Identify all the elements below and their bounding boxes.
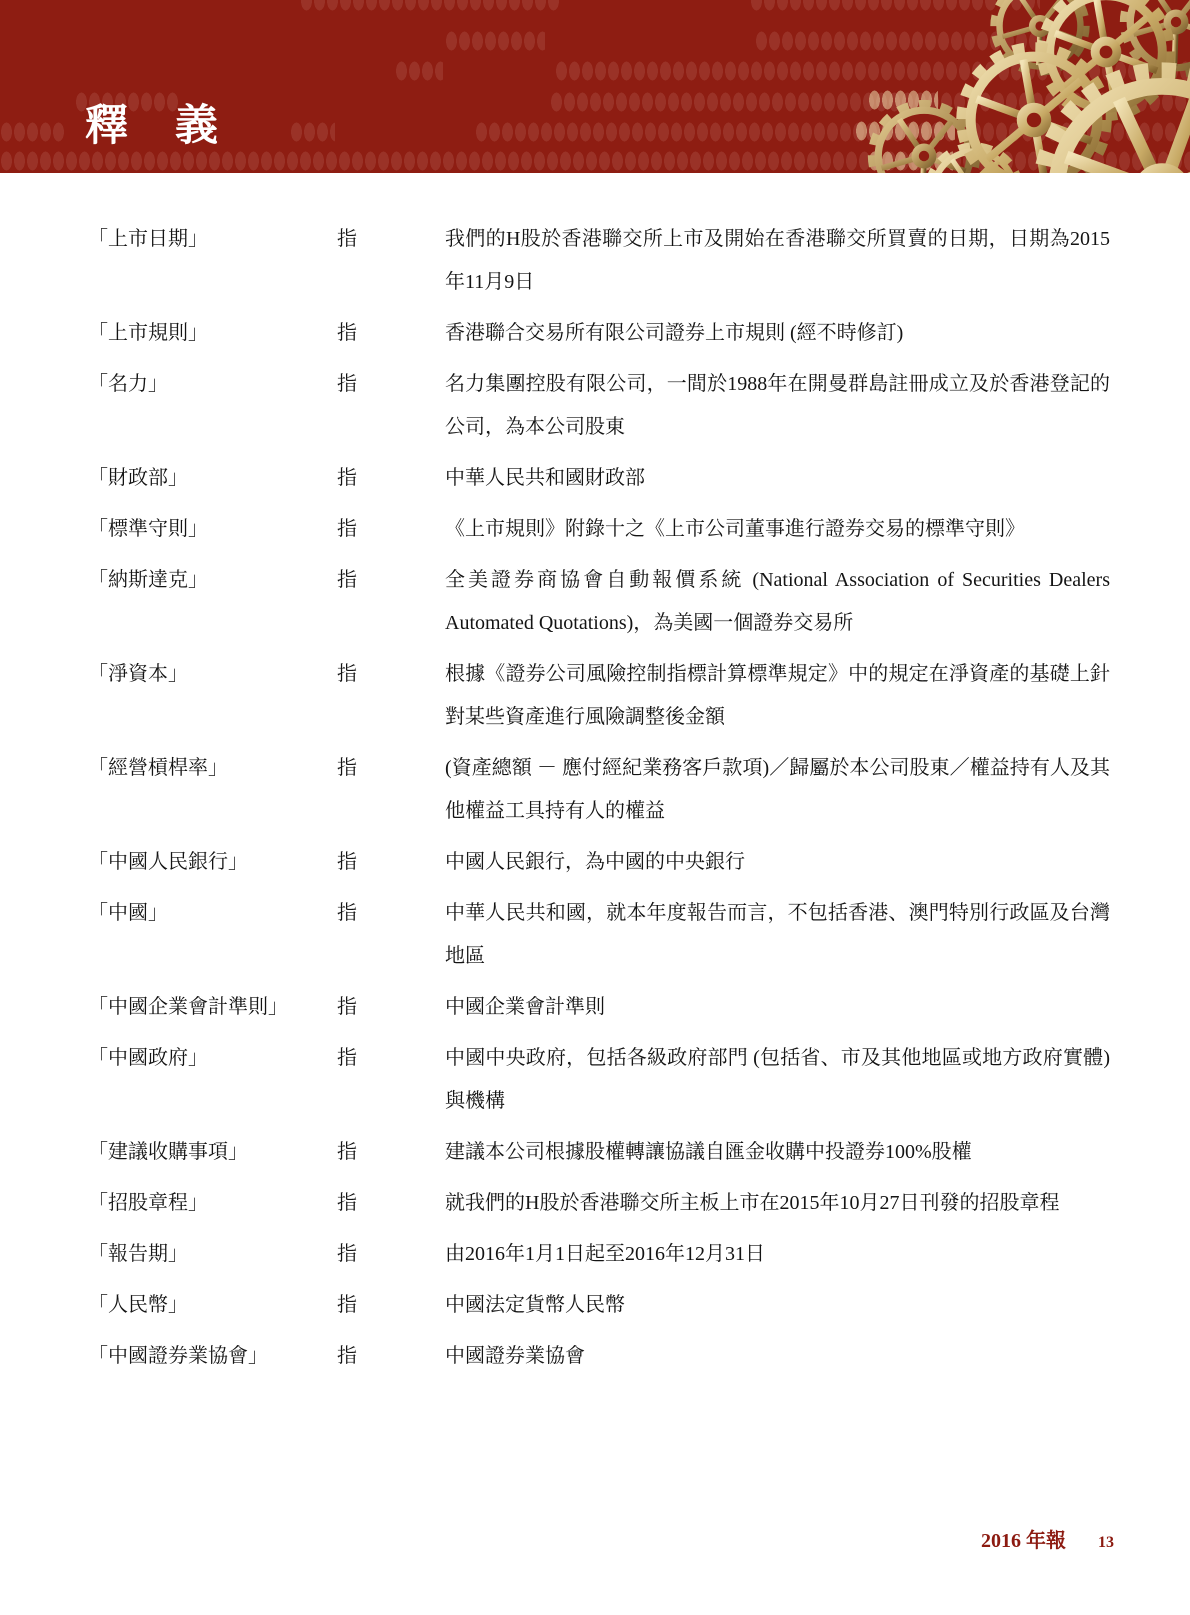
definition-term: 「建議收購事項」 [88,1131,337,1174]
definition-text: 中國證券業協會 [445,1335,1110,1378]
definition-text: 我們的H股於香港聯交所上市及開始在香港聯交所買賣的日期，日期為2015年11月9… [445,218,1110,304]
definition-connector: 指 [337,508,445,551]
definition-row: 「建議收購事項」 指 建議本公司根據股權轉讓協議自匯金收購中投證券100%股權 [88,1131,1110,1174]
header-banner: 釋 義 [0,0,1190,173]
definition-term: 「中國」 [88,892,337,935]
dot-pattern [445,26,545,56]
definition-connector: 指 [337,312,445,355]
definition-row: 「中國證券業協會」 指 中國證券業協會 [88,1335,1110,1378]
definition-row: 「納斯達克」 指 全美證券商協會自動報價系統 (National Associa… [88,559,1110,645]
page-title: 釋 義 [85,103,220,150]
definition-term: 「上市日期」 [88,218,337,261]
definition-text: 中華人民共和國財政部 [445,457,1110,500]
definition-term: 「納斯達克」 [88,559,337,602]
page-number: 13 [1098,1534,1114,1551]
dot-pattern [0,117,66,147]
definition-term: 「中國證券業協會」 [88,1335,337,1378]
definition-row: 「中國」 指 中華人民共和國，就本年度報告而言，不包括香港、澳門特別行政區及台灣… [88,892,1110,978]
definition-connector: 指 [337,1037,445,1080]
definition-text: 由2016年1月1日起至2016年12月31日 [445,1233,1110,1276]
definition-text: 中國法定貨幣人民幣 [445,1284,1110,1327]
definition-term: 「報告期」 [88,1233,337,1276]
dot-pattern [290,117,335,147]
definition-connector: 指 [337,892,445,935]
definition-connector: 指 [337,1335,445,1378]
definition-row: 「中國人民銀行」 指 中國人民銀行，為中國的中央銀行 [88,841,1110,884]
definitions-list: 「上市日期」 指 我們的H股於香港聯交所上市及開始在香港聯交所買賣的日期，日期為… [0,173,1190,1386]
definition-connector: 指 [337,653,445,696]
definition-text: 香港聯合交易所有限公司證券上市規則 (經不時修訂) [445,312,1110,355]
page-footer: 2016 年報 13 [981,1524,1114,1553]
dot-pattern [300,0,560,16]
definition-row: 「名力」 指 名力集團控股有限公司，一間於1988年在開曼群島註冊成立及於香港登… [88,363,1110,449]
definition-connector: 指 [337,841,445,884]
definition-text: 中華人民共和國，就本年度報告而言，不包括香港、澳門特別行政區及台灣地區 [445,892,1110,978]
definition-connector: 指 [337,218,445,261]
definition-term: 「中國政府」 [88,1037,337,1080]
definition-row: 「上市規則」 指 香港聯合交易所有限公司證券上市規則 (經不時修訂) [88,312,1110,355]
dot-pattern [395,56,443,86]
definition-connector: 指 [337,457,445,500]
definition-text: (資產總額 － 應付經紀業務客戶款項)／歸屬於本公司股東／權益持有人及其他權益工… [445,747,1110,833]
definition-row: 「財政部」 指 中華人民共和國財政部 [88,457,1110,500]
definition-connector: 指 [337,1131,445,1174]
definition-text: 就我們的H股於香港聯交所主板上市在2015年10月27日刊發的招股章程 [445,1182,1110,1225]
definition-row: 「中國企業會計準則」 指 中國企業會計準則 [88,986,1110,1029]
definition-text: 建議本公司根據股權轉讓協議自匯金收購中投證券100%股權 [445,1131,1110,1174]
definition-row: 「經營槓桿率」 指 (資產總額 － 應付經紀業務客戶款項)／歸屬於本公司股東／權… [88,747,1110,833]
definition-row: 「招股章程」 指 就我們的H股於香港聯交所主板上市在2015年10月27日刊發的… [88,1182,1110,1225]
definition-row: 「報告期」 指 由2016年1月1日起至2016年12月31日 [88,1233,1110,1276]
gears-image [840,0,1190,173]
definition-term: 「財政部」 [88,457,337,500]
definition-connector: 指 [337,1233,445,1276]
definition-term: 「招股章程」 [88,1182,337,1225]
definition-term: 「中國企業會計準則」 [88,986,337,1029]
definition-text: 名力集團控股有限公司，一間於1988年在開曼群島註冊成立及於香港登記的公司，為本… [445,363,1110,449]
definition-connector: 指 [337,747,445,790]
definition-term: 「中國人民銀行」 [88,841,337,884]
definition-term: 「經營槓桿率」 [88,747,337,790]
definition-row: 「淨資本」 指 根據《證券公司風險控制指標計算標準規定》中的規定在淨資產的基礎上… [88,653,1110,739]
definition-connector: 指 [337,1182,445,1225]
definition-connector: 指 [337,1284,445,1327]
definition-text: 中國人民銀行，為中國的中央銀行 [445,841,1110,884]
definition-text: 根據《證券公司風險控制指標計算標準規定》中的規定在淨資產的基礎上針對某些資產進行… [445,653,1110,739]
definition-connector: 指 [337,363,445,406]
report-title-label: 2016 年報 [981,1530,1066,1552]
definition-term: 「名力」 [88,363,337,406]
definition-row: 「中國政府」 指 中國中央政府，包括各級政府部門 (包括省、市及其他地區或地方政… [88,1037,1110,1123]
definition-term: 「上市規則」 [88,312,337,355]
definition-term: 「標準守則」 [88,508,337,551]
definition-term: 「人民幣」 [88,1284,337,1327]
definition-connector: 指 [337,986,445,1029]
definition-text: 《上市規則》附錄十之《上市公司董事進行證券交易的標準守則》 [445,508,1110,551]
definition-term: 「淨資本」 [88,653,337,696]
definition-row: 「上市日期」 指 我們的H股於香港聯交所上市及開始在香港聯交所買賣的日期，日期為… [88,218,1110,304]
definition-row: 「人民幣」 指 中國法定貨幣人民幣 [88,1284,1110,1327]
definition-connector: 指 [337,559,445,602]
definition-text: 全美證券商協會自動報價系統 (National Association of S… [445,559,1110,645]
page: 釋 義 「上市日期」 指 我們的H股於香港聯交所上市及開始在香港聯交所買賣的日期… [0,0,1190,1615]
definition-row: 「標準守則」 指 《上市規則》附錄十之《上市公司董事進行證券交易的標準守則》 [88,508,1110,551]
definition-text: 中國企業會計準則 [445,986,1110,1029]
definition-text: 中國中央政府，包括各級政府部門 (包括省、市及其他地區或地方政府實體) 與機構 [445,1037,1110,1123]
